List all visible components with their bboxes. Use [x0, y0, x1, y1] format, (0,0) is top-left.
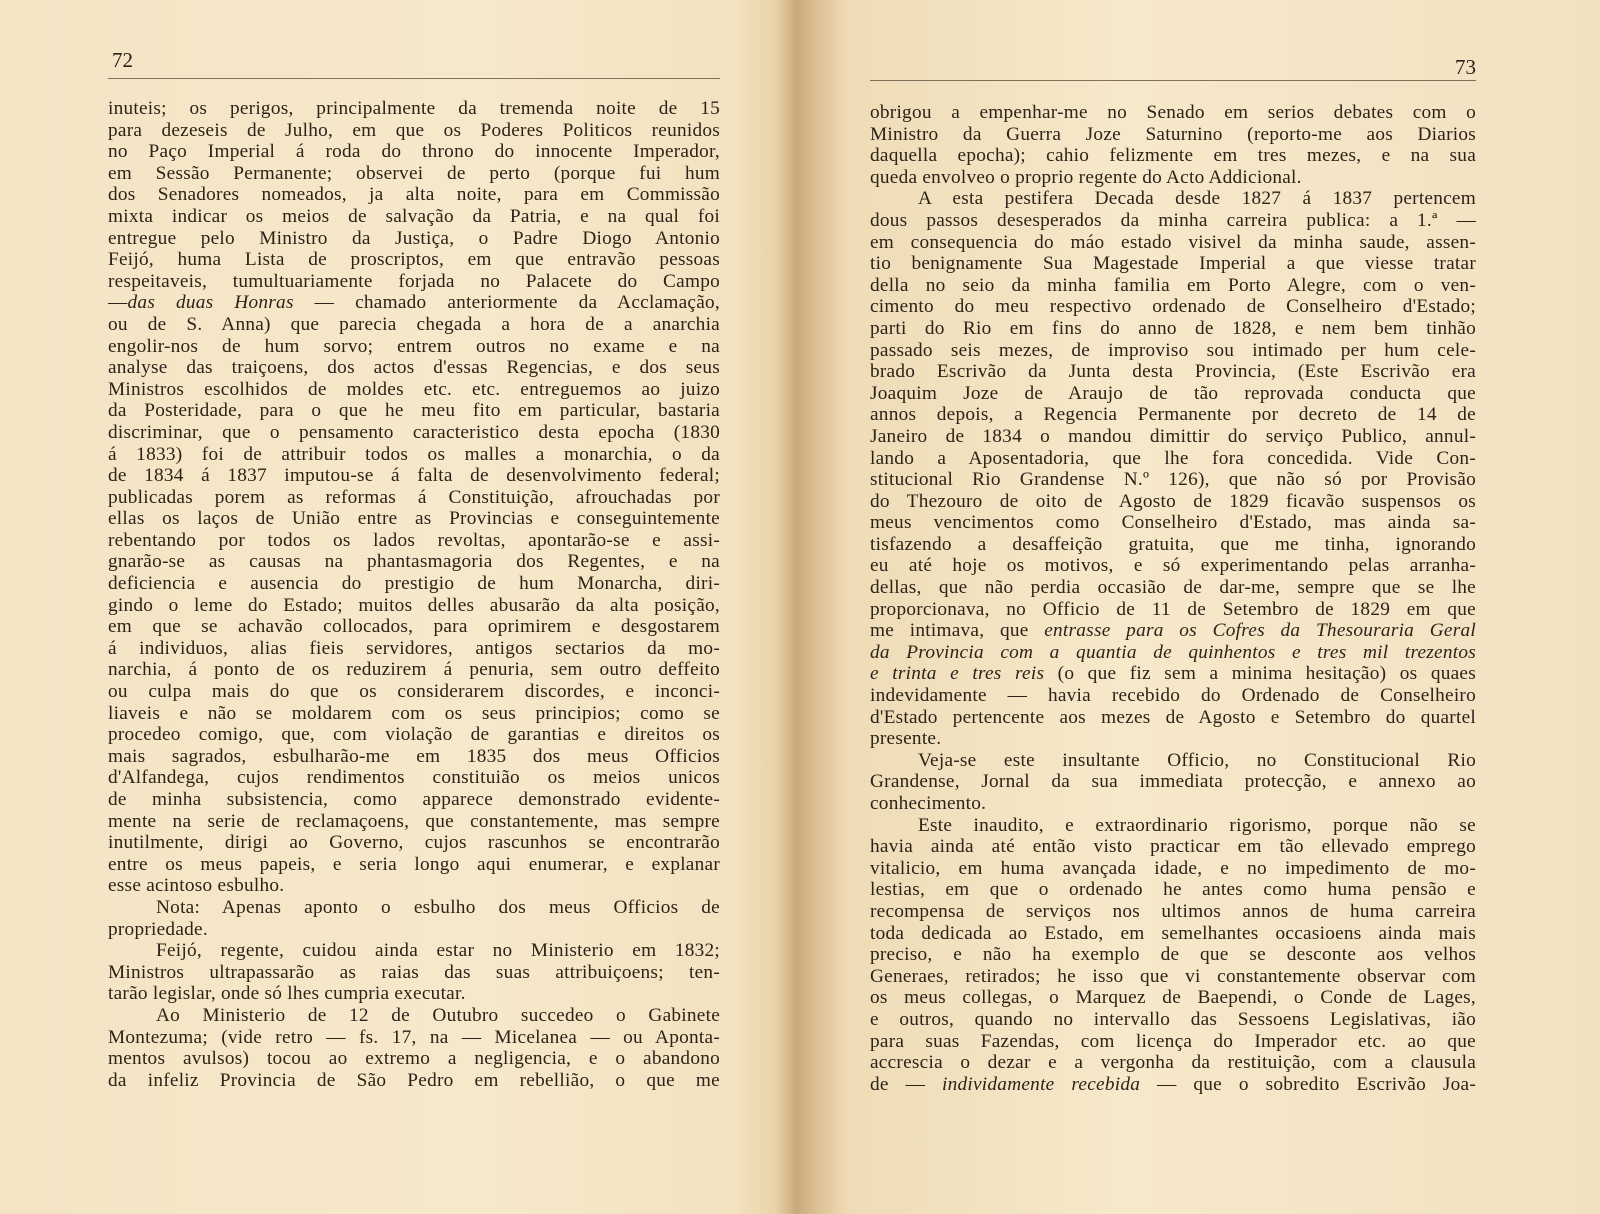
text-line: Generaes, retirados; he isso que vi cons… — [870, 966, 1476, 988]
text-line: Ao Ministerio de 12 de Outubro succedeo … — [108, 1005, 720, 1027]
text-line: Joaquim Joze de Araujo de tão reprovada … — [870, 383, 1476, 405]
text-line: obrigou a empenhar-me no Senado em serio… — [870, 102, 1476, 124]
text-line: Janeiro de 1834 o mandou dimittir do ser… — [870, 426, 1476, 448]
text-line: ellas os laços de União entre as Provinc… — [108, 508, 720, 530]
text-line: della no seio da minha familia em Porto … — [870, 275, 1476, 297]
text-line: preciso, e não ha exemplo de que se desc… — [870, 944, 1476, 966]
text-line: dellas, que não perdia occasião de dar-m… — [870, 577, 1476, 599]
right-page: 73 obrigou a empenhar-me no Senado em se… — [870, 0, 1494, 1214]
text-line: Este inaudito, e extraordinario rigorism… — [870, 815, 1476, 837]
text-line: Veja-se este insultante Officio, no Cons… — [870, 750, 1476, 772]
text-line: daquella epocha); cahio felizmente em tr… — [870, 145, 1476, 167]
text-line: esse acintoso esbulho. — [108, 875, 720, 897]
text-line: os meus collegas, o Marquez de Baependi,… — [870, 987, 1476, 1009]
header-rule — [108, 78, 720, 79]
text-line: de — individamente recebida — que o sobr… — [870, 1074, 1476, 1096]
text-line: cimento do meu respectivo ordenado de Co… — [870, 296, 1476, 318]
text-line: dos Senadores nomeados, ja alta noite, p… — [108, 184, 720, 206]
text-line: dous passos desesperados da minha carrei… — [870, 210, 1476, 232]
text-line: indevidamente — havia recebido do Ordena… — [870, 685, 1476, 707]
text-line: Feijó, huma Lista de proscriptos, em que… — [108, 249, 720, 271]
text-line: brado Escrivão da Junta desta Provincia,… — [870, 361, 1476, 383]
header-rule — [870, 80, 1476, 81]
text-line: proporcionava, no Officio de 11 de Setem… — [870, 599, 1476, 621]
text-line: parti do Rio em fins do anno de 1828, e … — [870, 318, 1476, 340]
text-line: á individuos, alias fieis servidores, an… — [108, 638, 720, 660]
text-line: Ministros ultrapassarão as raias das sua… — [108, 962, 720, 984]
text-line: vitalicio, em huma avançada idade, e no … — [870, 858, 1476, 880]
text-line: d'Alfandega, cujos rendimentos constitui… — [108, 767, 720, 789]
text-line: Ministro da Guerra Joze Saturnino (repor… — [870, 124, 1476, 146]
text-line: meus vencimentos como Conselheiro d'Esta… — [870, 512, 1476, 534]
text-line: tarão legislar, onde só lhes cumpria exe… — [108, 983, 720, 1005]
text-line: A esta pestifera Decada desde 1827 á 183… — [870, 188, 1476, 210]
text-line: conhecimento. — [870, 793, 1476, 815]
text-line: para suas Fazendas, com licença do Imper… — [870, 1031, 1476, 1053]
text-line: da Provincia com a quantia de quinhentos… — [870, 642, 1476, 664]
page-number: 73 — [1455, 55, 1476, 80]
text-line: discriminar, que o pensamento caracteris… — [108, 422, 720, 444]
text-line: eu até hoje os motivos, e só experimenta… — [870, 555, 1476, 577]
text-line: mente na serie de reclamaçoens, que cons… — [108, 811, 720, 833]
text-line: de 1834 á 1837 imputou-se á falta de des… — [108, 465, 720, 487]
text-line: narchia, á ponto de os reduzirem á penur… — [108, 659, 720, 681]
text-line: Ministros escolhidos de moldes etc. etc.… — [108, 379, 720, 401]
text-line: —das duas Honras — chamado anteriormente… — [108, 292, 720, 314]
text-line: e outros, quando no intervallo das Sesso… — [870, 1009, 1476, 1031]
text-line: deficiencia e ausencia do prestigio de h… — [108, 573, 720, 595]
text-line: da Posteridade, para o que he meu fito e… — [108, 400, 720, 422]
text-line: propriedade. — [108, 919, 720, 941]
text-line: entre os meus papeis, e seria longo aqui… — [108, 854, 720, 876]
text-line: mais sagrados, esbulharão-me em 1835 dos… — [108, 746, 720, 768]
text-line: entregue pelo Ministro da Justiça, o Pad… — [108, 228, 720, 250]
text-line: Montezuma; (vide retro — fs. 17, na — Mi… — [108, 1027, 720, 1049]
text-line: stitucional Rio Grandense N.º 126), que … — [870, 469, 1476, 491]
text-line: Grandense, Jornal da sua immediata prote… — [870, 771, 1476, 793]
text-line: ou culpa mais do que os considerarem dis… — [108, 681, 720, 703]
text-line: presente. — [870, 728, 1476, 750]
text-line: tisfazendo a desaffeição gratuita, que m… — [870, 534, 1476, 556]
text-line: me intimava, que entrasse para os Cofres… — [870, 620, 1476, 642]
text-line: lando a Aposentadoria, que lhe fora conc… — [870, 448, 1476, 470]
text-line: publicadas porem as reformas á Constitui… — [108, 487, 720, 509]
text-line: inutilmente, dirigi ao Governo, cujos ra… — [108, 832, 720, 854]
text-line: Feijó, regente, cuidou ainda estar no Mi… — [108, 940, 720, 962]
text-line: para dezeseis de Julho, em que os Podere… — [108, 120, 720, 142]
text-line: recompensa de serviços nos ultimos annos… — [870, 901, 1476, 923]
page-body: obrigou a empenhar-me no Senado em serio… — [870, 102, 1476, 1095]
text-line: d'Estado pertencente aos mezes de Agosto… — [870, 707, 1476, 729]
text-line: queda envolveo o proprio regente do Acto… — [870, 167, 1476, 189]
text-line: passado seis mezes, de improviso sou int… — [870, 340, 1476, 362]
text-line: engolir-nos de hum sorvo; entrem outros … — [108, 336, 720, 358]
text-line: tio benignamente Sua Magestade Imperial … — [870, 253, 1476, 275]
text-line: em que se achavão collocados, para oprim… — [108, 616, 720, 638]
text-line: havia ainda até então visto practicar em… — [870, 836, 1476, 858]
text-line: em consequencia do máo estado visivel da… — [870, 232, 1476, 254]
text-line: annos depois, a Regencia Permanente por … — [870, 404, 1476, 426]
text-line: gnarão-se as causas na phantasmagoria do… — [108, 551, 720, 573]
text-line: liaveis e não se moldarem com os seus pr… — [108, 703, 720, 725]
text-line: ou de S. Anna) que parecia chegada a hor… — [108, 314, 720, 336]
text-line: lestias, em que o ordenado he antes como… — [870, 879, 1476, 901]
text-line: Nota: Apenas aponto o esbulho dos meus O… — [108, 897, 720, 919]
text-line: accrescia o dezar e a vergonha da restit… — [870, 1052, 1476, 1074]
text-line: e trinta e tres reis (o que fiz sem a mi… — [870, 663, 1476, 685]
text-line: em Sessão Permanente; observei de perto … — [108, 163, 720, 185]
text-line: toda dedicada ao Estado, em semelhantes … — [870, 923, 1476, 945]
text-line: rebentando por todos os lados revoltas, … — [108, 530, 720, 552]
text-line: mentos avulsos) tocou ao extremo a negli… — [108, 1048, 720, 1070]
text-line: da infeliz Provincia de São Pedro em reb… — [108, 1070, 720, 1092]
left-page: 72 inuteis; os perigos, principalmente d… — [108, 0, 730, 1214]
text-line: no Paço Imperial á roda do throno do inn… — [108, 141, 720, 163]
text-line: de minha subsistencia, como apparece dem… — [108, 789, 720, 811]
text-line: analyse das traiçoens, dos actos d'essas… — [108, 357, 720, 379]
text-line: gindo o leme do Estado; muitos delles ab… — [108, 595, 720, 617]
text-line: do Thezouro de oito de Agosto de 1829 fi… — [870, 491, 1476, 513]
text-line: inuteis; os perigos, principalmente da t… — [108, 98, 720, 120]
text-line: á 1833) foi de attribuir todos os malles… — [108, 444, 720, 466]
page-number: 72 — [112, 48, 133, 73]
text-line: mixta indicar os meios de salvação da Pa… — [108, 206, 720, 228]
text-line: respeitaveis, tumultuariamente forjada n… — [108, 271, 720, 293]
book-spread: 72 inuteis; os perigos, principalmente d… — [0, 0, 1600, 1214]
page-body: inuteis; os perigos, principalmente da t… — [108, 98, 720, 1091]
text-line: procedeo comigo, que, com violação de ga… — [108, 724, 720, 746]
